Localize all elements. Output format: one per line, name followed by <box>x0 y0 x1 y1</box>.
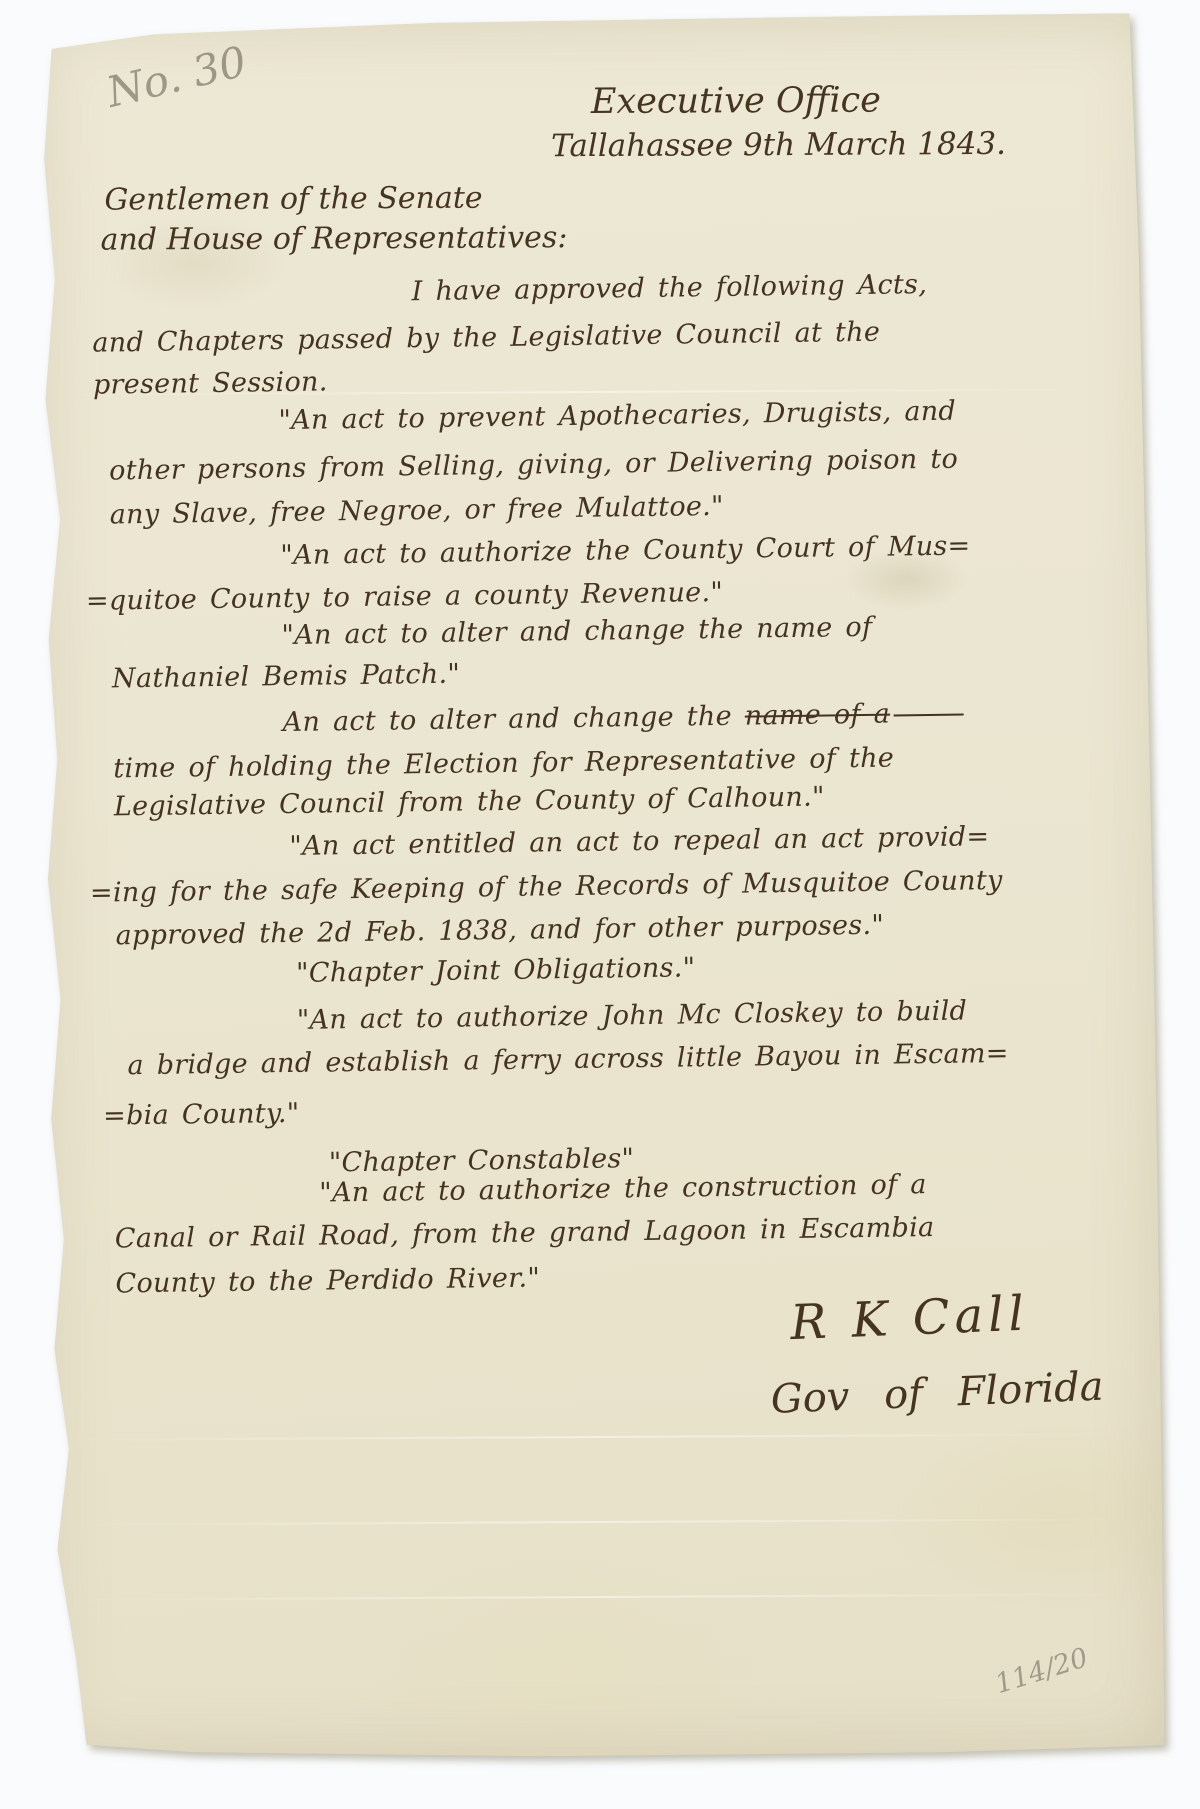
body-line: Legislative Council from the County of C… <box>114 781 825 822</box>
body-line: present Session. <box>93 366 328 400</box>
body-line: "An act entitled an act to repeal an act… <box>289 821 989 862</box>
body-line: "An act to authorize John Mc Closkey to … <box>297 996 968 1036</box>
body-line: "An act to prevent Apothecaries, Drugist… <box>278 396 956 436</box>
scanned-letter: No. 30 Executive Office Tallahassee 9th … <box>0 0 1200 1809</box>
strike-mark <box>894 713 964 716</box>
body-line: County to the Perdido River." <box>115 1263 540 1300</box>
body-line: approved the 2d Feb. 1838, and for other… <box>115 910 884 952</box>
body-line-text: An act to alter and change the <box>282 701 745 738</box>
body-line: Nathaniel Bemis Patch." <box>112 659 460 695</box>
body-line: and Chapters passed by the Legislative C… <box>92 317 880 359</box>
body-line: "An act to alter and change the name of <box>281 612 872 651</box>
body-line: I have approved the following Acts, <box>411 269 927 307</box>
body-line: =bia County." <box>103 1098 300 1132</box>
signature-name: R K Call <box>789 1286 1030 1352</box>
body-line: Canal or Rail Road, from the grand Lagoo… <box>115 1212 935 1254</box>
body-line-with-strikethrough: An act to alter and change the name of a <box>282 698 964 739</box>
body-line: any Slave, free Negroe, or free Mulattoe… <box>110 491 724 531</box>
body-line: "Chapter Joint Obligations." <box>296 952 696 989</box>
body-line: other persons from Selling, giving, or D… <box>109 444 958 487</box>
body-line: =quitoe County to raise a county Revenue… <box>86 577 724 617</box>
body-line: a bridge and establish a ferry across li… <box>127 1038 1009 1081</box>
body-line: "An act to authorize the County Court of… <box>280 530 971 571</box>
manuscript-page: No. 30 Executive Office Tallahassee 9th … <box>33 13 1164 1759</box>
struck-out-text: name of a <box>745 699 891 732</box>
letter-body: I have approved the following Acts, and … <box>31 4 1177 1759</box>
body-line: time of holding the Election for Represe… <box>113 743 894 785</box>
body-line: =ing for the safe Keeping of the Records… <box>90 865 1003 909</box>
